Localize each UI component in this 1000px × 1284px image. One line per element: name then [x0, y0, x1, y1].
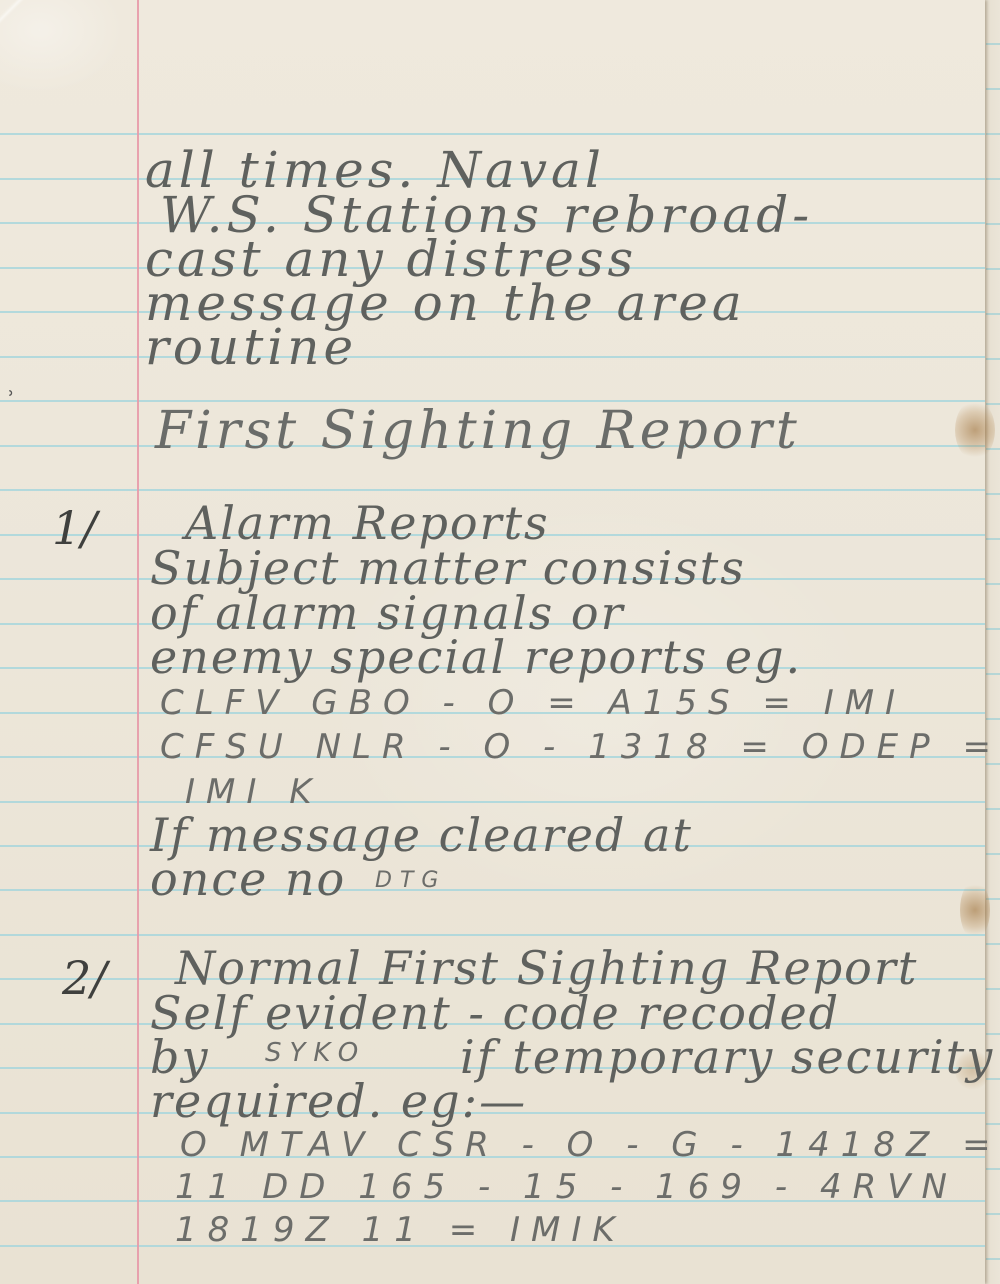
code-line: IMI K [185, 775, 323, 809]
text-line: Subject matter consists [150, 545, 746, 591]
text-line: if temporary security [460, 1034, 994, 1080]
code-line: O MTAV CSR - O - G - 1418Z = [180, 1128, 1000, 1162]
ruled-line [0, 934, 985, 936]
code-fragment: DTG [375, 870, 446, 892]
ruled-line [0, 133, 985, 135]
stray-mark: ʾ [8, 388, 15, 413]
code-fragment: SYKO [265, 1040, 366, 1066]
text-line: required. eg:— [150, 1078, 527, 1124]
ruled-line [0, 489, 985, 491]
ruled-line [0, 801, 985, 803]
paper-stain [955, 400, 995, 460]
section-number: 1/ [52, 505, 97, 551]
text-line: enemy special reports eg. [150, 634, 802, 680]
section-number: 2/ [62, 955, 107, 1001]
text-line: once no [150, 856, 346, 902]
notebook-page: ʾ all times. Naval W.S. Stations rebroad… [0, 0, 985, 1284]
section-title: Alarm Reports [185, 500, 550, 546]
margin-line [137, 0, 139, 1284]
paper-stain [960, 880, 990, 940]
code-line: 1819Z 11 = IMIK [175, 1213, 626, 1247]
text-line: routine [145, 322, 357, 372]
section-title: Normal First Sighting Report [175, 945, 918, 991]
code-line: CLFV GBO - O = A15S = IMI [160, 686, 906, 720]
ruled-line [0, 889, 985, 891]
code-line: 11 DD 165 - 15 - 169 - 4RVN [175, 1170, 958, 1204]
corner-crease [0, 0, 52, 52]
section-heading: First Sighting Report [155, 405, 801, 457]
code-line: CFSU NLR - O - 1318 = ODEP = [160, 730, 1000, 764]
